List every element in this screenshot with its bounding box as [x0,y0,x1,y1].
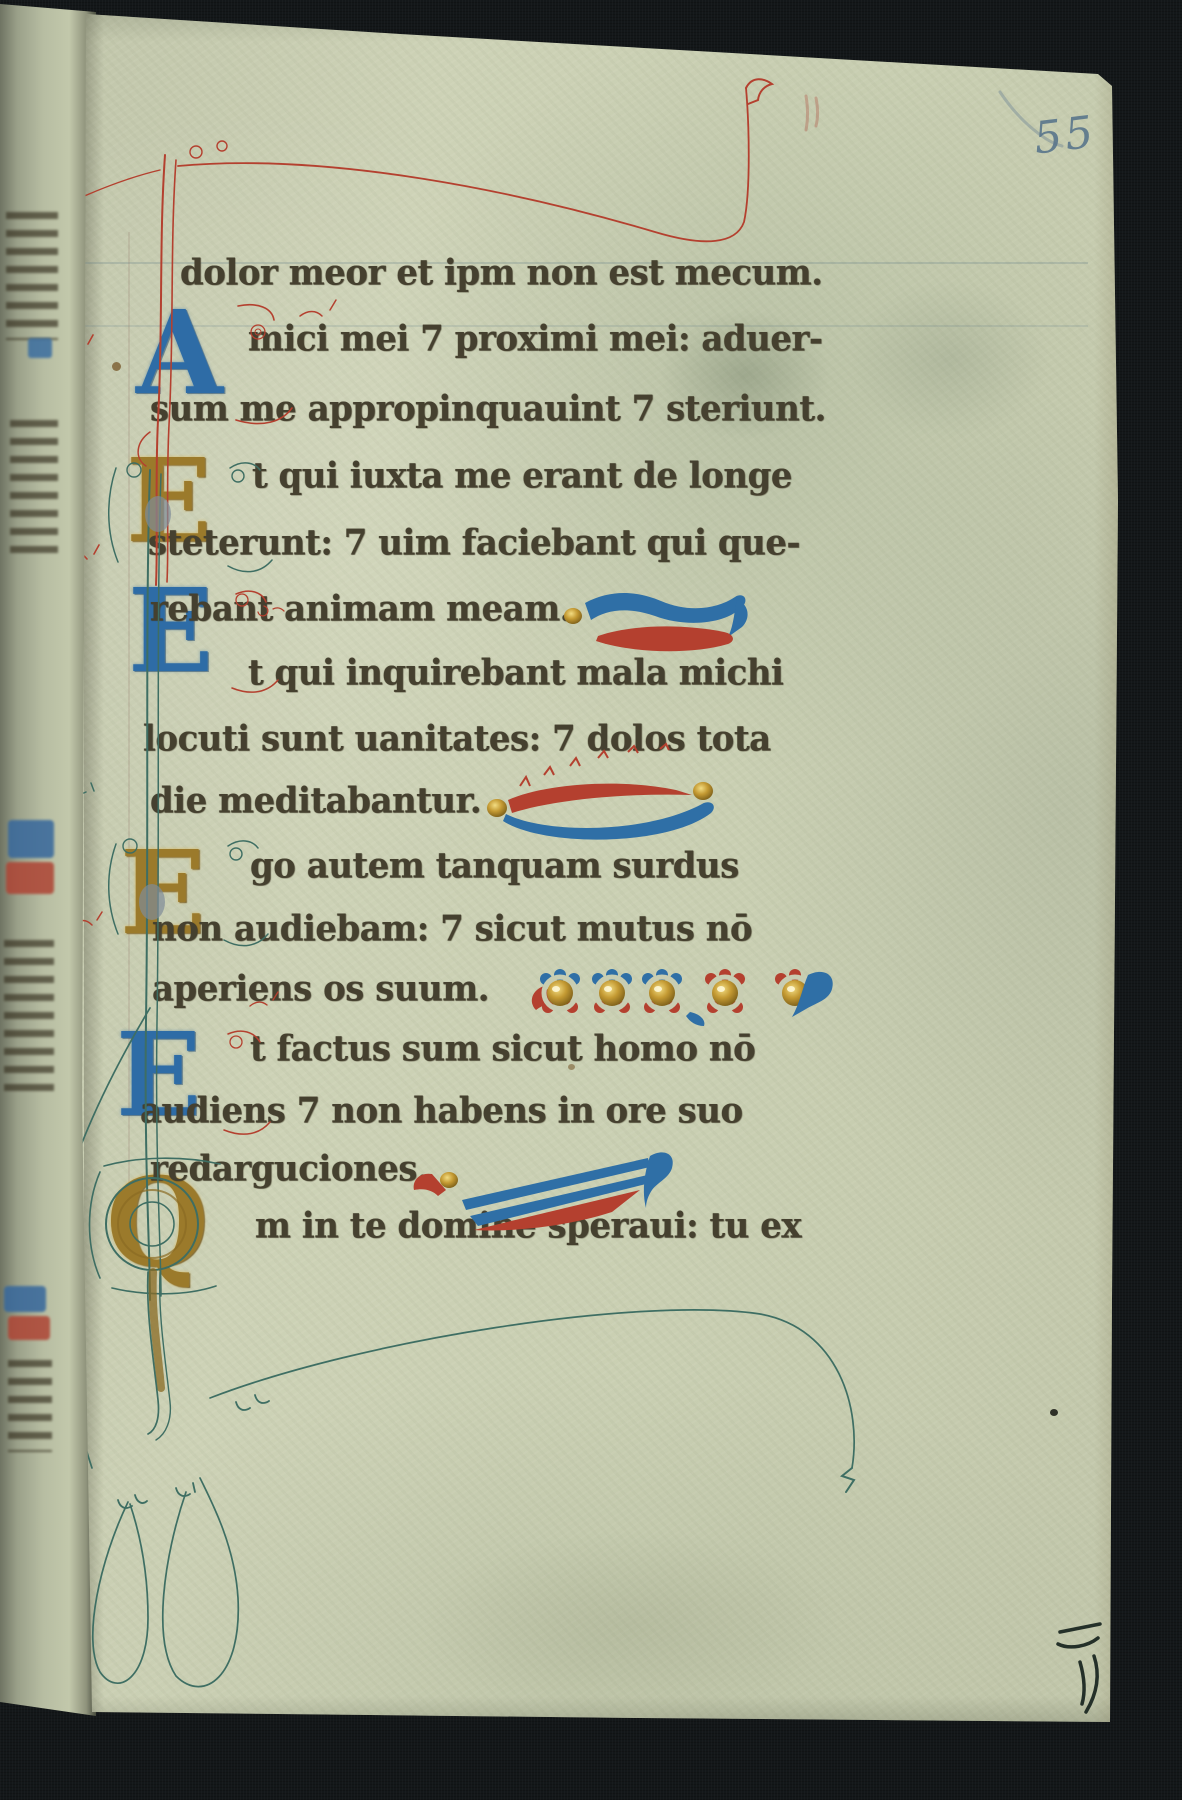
manuscript-page: 55 A E E E E Q dolor meor et ipm non est… [0,0,1182,1800]
text-line: redarguciones. [150,1148,428,1191]
teal-spiral [230,848,242,860]
corner-mark-equals [1058,1624,1100,1647]
teal-u-mark [118,1495,147,1508]
teal-u-mark [236,1395,269,1410]
q-tail-penwork [148,1272,159,1434]
teal-spiral [232,470,244,482]
text-line: mici mei 7 proximi mei: aduer- [248,318,823,361]
red-curl [217,141,227,151]
teal-u-mark [176,1483,195,1496]
teal-zigzag-end [842,1468,854,1492]
showthrough-blue-filler [28,338,52,358]
folio-number: 55 [1031,106,1099,164]
text-line: audiens 7 non habens in ore suo [140,1090,743,1133]
manuscript-photo: 55 A E E E E Q dolor meor et ipm non est… [0,0,1182,1800]
line-filler-1 [564,593,748,651]
brown-spot [112,362,121,371]
red-top-flourish [178,88,749,241]
text-line: t qui inquirebant mala michi [248,652,783,695]
text-line: go autem tanquam surdus [250,845,739,888]
showthrough-text-fragment [4,940,54,1100]
red-curl [190,146,202,158]
teal-loop [163,1478,238,1687]
q-tail-penwork [156,1272,170,1440]
text-line: sum me appropinquauint 7 steriunt. [150,388,826,431]
text-line: die meditabantur. [150,780,481,823]
ink-spot [1050,1409,1058,1416]
text-line: aperiens os suum. [152,968,489,1011]
text-line: steterunt: 7 uim faciebant qui que- [148,522,800,565]
showthrough-red-filler [8,1316,50,1340]
teal-loop [93,1502,148,1683]
text-line: t qui iuxta me erant de longe [252,455,792,498]
corner-mark-y [1080,1656,1097,1712]
teal-sweep-right [210,1310,854,1468]
text-line: rebant animam meam. [150,588,571,631]
previous-folio-edge [0,0,96,1800]
showthrough-text-fragment [8,1360,52,1452]
smudge [850,280,1050,440]
smudge [420,1530,840,1720]
showthrough-red-filler [6,862,54,894]
red-top-flourish-flag [746,79,772,104]
showthrough-blue-filler [4,1286,46,1312]
red-squiggle [300,300,336,316]
showthrough-text-fragment [6,212,58,340]
showthrough-blue-filler [8,820,54,858]
text-line: t factus sum sicut homo nō [250,1028,755,1071]
red-spiral [230,1036,242,1048]
text-line: m in te domine speraui: tu ex [255,1205,801,1248]
showthrough-text-fragment [10,420,58,560]
text-line: dolor meor et ipm non est mecum. [180,252,823,295]
red-offset-smudge [806,96,818,130]
line-filler-3 [532,969,833,1026]
text-line: non audiebam: 7 sicut mutus nō [152,908,752,951]
text-line: locuti sunt uanitates: 7 dolos tota [143,718,771,761]
